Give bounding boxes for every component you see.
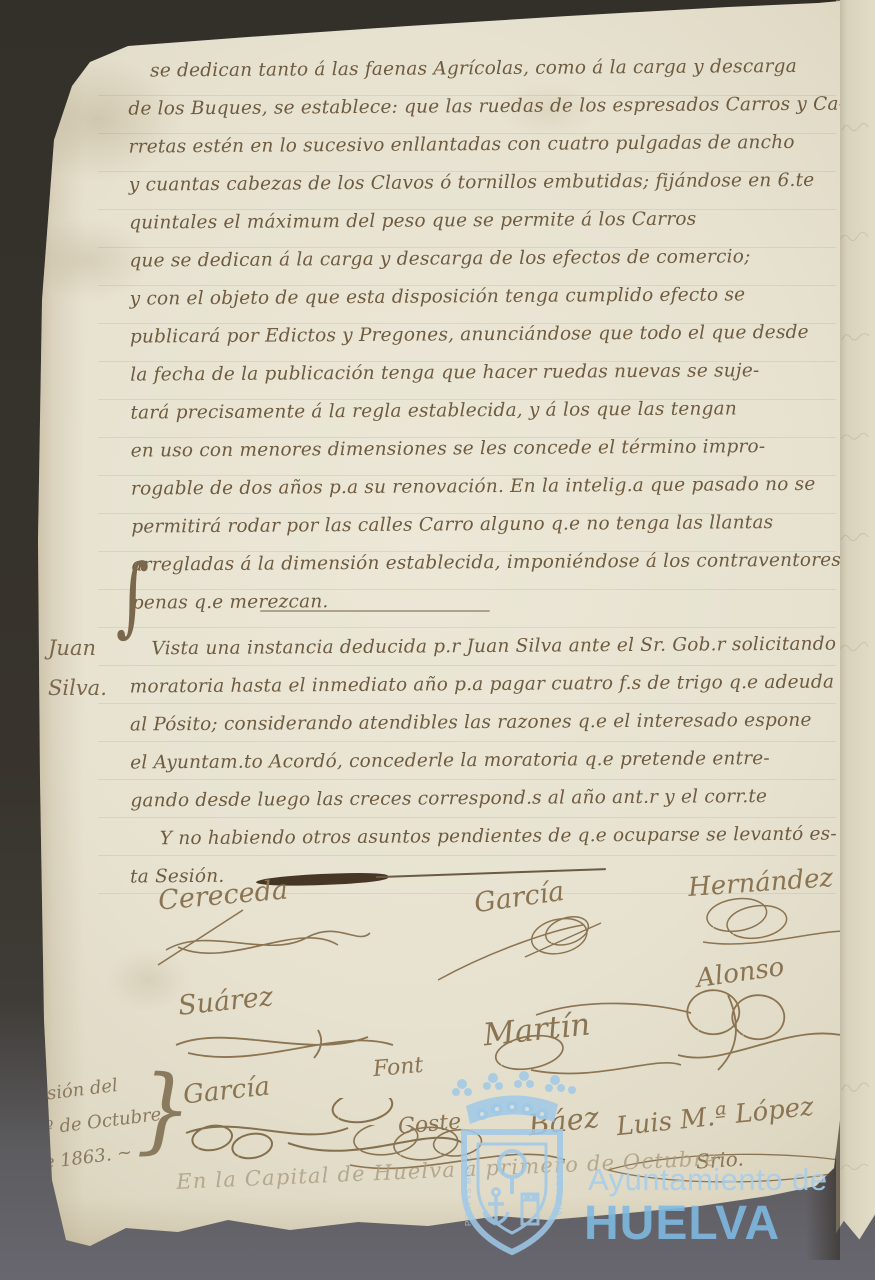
manuscript-line: permitirá rodar por las calles Carro alg…: [131, 511, 874, 554]
document-page: se dedican tanto á las faenas Agrícolas,…: [28, 0, 840, 1260]
manuscript-line: al Pósito; considerando atendibles las r…: [130, 710, 837, 753]
manuscript-line: Vista una instancia deducida p.r Juan Si…: [129, 634, 836, 677]
manuscript-line: publicará por Edictos y Pregones, anunci…: [130, 321, 873, 364]
manuscript-line: se dedican tanto á las faenas Agrícolas,…: [128, 55, 871, 98]
line-filler-rule: [260, 610, 490, 612]
manuscript-line: rogable de dos años p.a su renovación. E…: [131, 473, 874, 516]
manuscript-line: quintales el máximum del peso que se per…: [129, 207, 872, 250]
next-session-opening: En la Capital de Huelva a primero de Oct…: [176, 1146, 719, 1194]
manuscript-line: moratoria hasta el inmediato año p.a pag…: [130, 672, 837, 715]
manuscript-line: el Ayuntam.to Acordó, concederle la mora…: [130, 748, 837, 791]
margin-bracket: ∫: [116, 547, 149, 647]
signature-rubric: [148, 905, 378, 975]
signature: Báez: [526, 1100, 601, 1142]
manuscript-line: penas q.e merezcan.: [132, 587, 875, 630]
bleed-through-text: [839, 430, 869, 444]
manuscript-line: que se dedican á la carga y descarga de …: [129, 245, 872, 288]
manuscript-paragraph-1: se dedican tanto á las faenas Agrícolas,…: [128, 55, 875, 630]
margin-brace: }: [136, 1055, 192, 1163]
attendee-name-line: Silva.: [48, 668, 107, 708]
signature-rubric: [433, 905, 643, 990]
signature: García: [182, 1072, 272, 1111]
manuscript-line: Y no habiendo otros asuntos pendientes d…: [130, 824, 837, 867]
signature: Coste: [397, 1109, 462, 1139]
manuscript-line: gando desde luego las creces correspond.…: [130, 786, 837, 829]
signature-rubric: [668, 985, 868, 1075]
manuscript-line: de los Buques, se establece: que las rue…: [128, 93, 871, 136]
manuscript-line: rretas estén en lo sucesivo enllantadas …: [129, 131, 872, 174]
manuscript-line: y cuantas cabezas de los Clavos ó tornil…: [129, 169, 872, 212]
signature: Suárez: [177, 981, 275, 1022]
bleed-through-text: [841, 1080, 871, 1094]
manuscript-line: y con el objeto de que esta disposición …: [130, 283, 873, 326]
bleed-through-text: [841, 330, 871, 344]
bleed-through-text: [840, 530, 870, 544]
bleed-through-text: [838, 230, 870, 244]
signature: Alonso: [694, 952, 786, 994]
manuscript-line: en uso con menores dimensiones se les co…: [131, 435, 874, 478]
bleed-through-text: [840, 120, 870, 134]
adjacent-page-edge: [836, 0, 875, 1252]
signature: Luis M.ª López: [615, 1092, 815, 1143]
bleed-through-text: [839, 1160, 869, 1174]
photo-background: se dedican tanto á las faenas Agrícolas,…: [0, 0, 875, 1280]
manuscript-line: arregladas á la dimensión establecida, i…: [131, 549, 874, 592]
margin-note-attendee: Juan Silva.: [48, 628, 107, 708]
manuscript-line: la fecha de la publicación tenga que hac…: [130, 359, 873, 402]
manuscript-line: tará precisamente á la regla establecida…: [130, 397, 873, 440]
signature: Font: [372, 1053, 424, 1082]
attendee-name-line: Juan: [48, 628, 107, 668]
bleed-through-text: [838, 640, 870, 654]
manuscript-paragraph-2: Vista una instancia deducida p.r Juan Si…: [129, 634, 837, 829]
signature: Martín: [481, 1006, 592, 1053]
